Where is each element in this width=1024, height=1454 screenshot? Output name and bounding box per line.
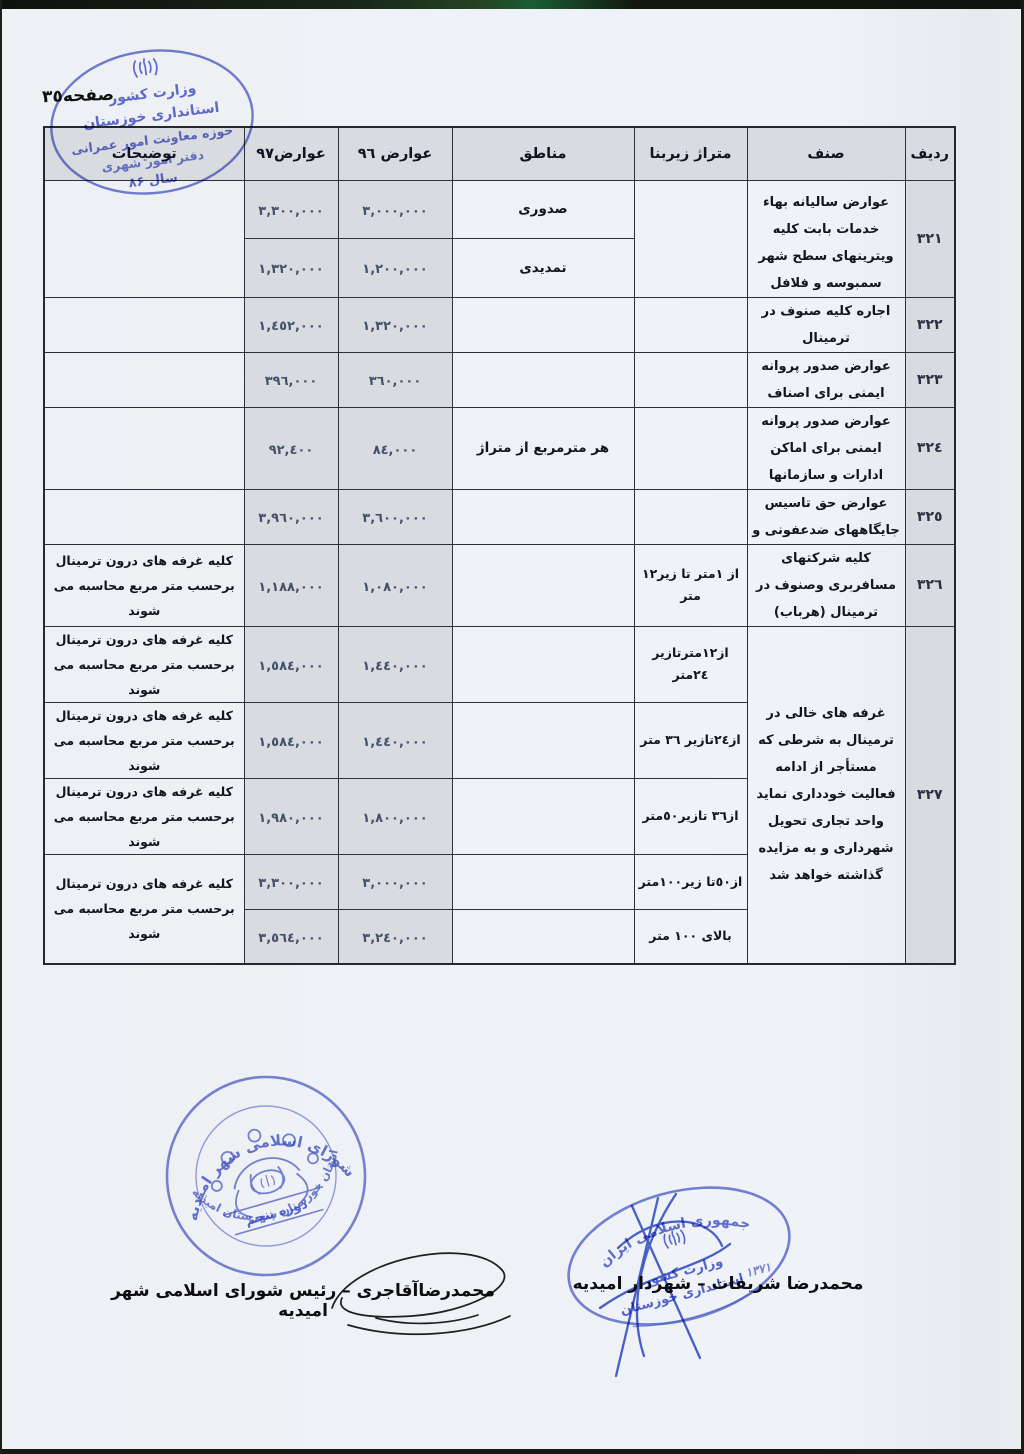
cell-324-manateq: هر مترمربع از متراژ — [452, 407, 634, 489]
cell-327b-tozihat: کلیه غرفه های درون ترمینال برحسب متر مرب… — [44, 702, 244, 778]
cell-327c-avarez97: ١,٩٨٠,٠٠٠ — [258, 811, 323, 826]
cell-321a-avarez96: ٣,٠٠٠,٠٠٠ — [362, 204, 427, 219]
cell-327b-manateq-empty — [452, 702, 634, 778]
header-tozihat: توضیحات — [44, 127, 244, 180]
cell-327a-manateq-empty — [452, 626, 634, 702]
cell-327c-avarez96: ١,٨٠٠,٠٠٠ — [362, 811, 427, 826]
cell-323-tozihat-empty — [44, 352, 244, 407]
tozihat-line2: برحسب متر مربع محاسبه می شوند — [49, 896, 240, 946]
cell-322-radif: ٣٢٢ — [905, 297, 955, 352]
cell-321b-manateq: تمدیدی — [452, 239, 634, 298]
cell-327b-avarez96: ١,٤٤٠,٠٠٠ — [362, 735, 427, 750]
header-avarez97: عوارض٩٧ — [244, 127, 338, 180]
cell-325-tozihat-empty — [44, 489, 244, 544]
cell-326-metraj: از ١متر تا زیر١٢ متر — [634, 544, 747, 626]
cell-327d-avarez96: ٣,٠٠٠,٠٠٠ — [362, 876, 427, 891]
cell-322-metraj-empty — [634, 297, 747, 352]
cell-321b-avarez97: ١,٣٢٠,٠٠٠ — [258, 262, 323, 277]
cell-327a-metraj: از١٢مترتازیر ٢٤متر — [634, 626, 747, 702]
scanned-document-page: صفحه٣٥ ردیف صنف متراژ زیربنا مناطق عوارض… — [0, 0, 1024, 1454]
cell-325-avarez97: ٣,٩٦٠,٠٠٠ — [258, 511, 323, 526]
fees-table-wrapper: ردیف صنف متراژ زیربنا مناطق عوارض ٩٦ عوا… — [45, 126, 956, 965]
senf-text-323: عوارض صدور پروانه ایمنی برای اصناف — [761, 359, 890, 401]
senf-text-327: غرفه های خالی در ترمینال به شرطی که مستأ… — [752, 700, 901, 889]
cell-327e-avarez96: ٣,٢٤٠,٠٠٠ — [362, 931, 427, 946]
scan-border-bottom — [0, 1449, 1024, 1454]
cell-326-manateq-empty — [452, 544, 634, 626]
cell-322-tozihat-empty — [44, 297, 244, 352]
mayor-signatory-name: محمدرضا شریفات – شهردار امیدیه — [558, 1274, 878, 1294]
cell-327de-tozihat: کلیه غرفه های درون ترمینال برحسب متر مرب… — [44, 854, 244, 964]
cell-323-metraj-empty — [634, 352, 747, 407]
cell-325-metraj-empty — [634, 489, 747, 544]
tozihat-line2: برحسب متر مربع محاسبه می شوند — [49, 728, 240, 778]
cell-326-radif: ٣٢٦ — [905, 544, 955, 626]
senf-text-322: اجاره کلیه صنوف در ترمینال — [762, 304, 891, 346]
tozihat-line2: برحسب متر مربع محاسبه می شوند — [49, 652, 240, 702]
tozihat-line1: کلیه غرفه های درون ترمینال — [49, 871, 240, 896]
cell-321-metraj-empty — [634, 180, 747, 297]
council-emblem-icon — [200, 1115, 332, 1238]
row-324: ٣٢٤ عوارض صدور پروانه ایمنی برای اماکن ا… — [44, 407, 955, 489]
cell-324-avarez97: ٩٢,٤٠٠ — [269, 443, 314, 458]
cell-327b-avarez97: ١,٥٨٤,٠٠٠ — [258, 735, 323, 750]
city-council-stamp: شورای اسلامی شهر امیدیه استان خوزستان شه… — [132, 1042, 399, 1309]
tozihat-line1: کلیه غرفه های درون ترمینال — [49, 627, 240, 652]
header-metraj: متراژ زیربنا — [634, 127, 747, 180]
svg-text:استان خوزستان شهرستان امیدیه: استان خوزستان شهرستان امیدیه — [187, 1145, 354, 1242]
senf-text-324: عوارض صدور پروانه ایمنی برای اماکن ادارا… — [761, 414, 890, 483]
senf-text-321: عوارض سالیانه بهاء خدمات بابت کلیه ویتری… — [752, 189, 901, 297]
row-326: ٣٢٦ کلیه شرکتهای مسافربری وصنوف در ترمین… — [44, 544, 955, 626]
row-325: ٣٢٥ عوارض حق تاسیس جایگاههای ضدعفونی و ٣… — [44, 489, 955, 544]
cell-327-radif: ٣٢٧ — [905, 626, 955, 964]
cell-327a-tozihat: کلیه غرفه های درون ترمینال برحسب متر مرب… — [44, 626, 244, 702]
page-number-annotation: صفحه٣٥ — [42, 85, 115, 108]
tozihat-line1: کلیه غرفه های درون ترمینال — [49, 703, 240, 728]
header-radif: ردیف — [905, 127, 955, 180]
cell-327c-metraj: از٣٦ تازیر٥٠متر — [634, 778, 747, 854]
senf-text-325: عوارض حق تاسیس جایگاههای ضدعفونی و — [752, 496, 900, 538]
svg-text:جمهوری اسلامی ایران: جمهوری اسلامی ایران — [591, 1198, 755, 1273]
cell-324-radif: ٣٢٤ — [905, 407, 955, 489]
fees-table: ردیف صنف متراژ زیربنا مناطق عوارض ٩٦ عوا… — [43, 126, 956, 965]
header-manateq: مناطق — [452, 127, 634, 180]
iran-emblem-icon — [663, 1228, 686, 1249]
tozihat-line2: برحسب متر مربع محاسبه می شوند — [49, 573, 240, 623]
cell-327a-avarez97: ١,٥٨٤,٠٠٠ — [258, 659, 323, 674]
cell-325-avarez96: ٣,٦٠٠,٠٠٠ — [362, 511, 427, 526]
council-stamp-top-text: شورای اسلامی شهر امیدیه — [166, 1110, 361, 1227]
governorate-round-stamp: جمهوری اسلامی ایران وزارت کشور استانداری… — [538, 1143, 819, 1369]
cell-327d-manateq-empty — [452, 854, 634, 909]
scan-border-left — [0, 0, 2, 1454]
svg-text:شورای اسلامی شهر امیدیه: شورای اسلامی شهر امیدیه — [166, 1110, 361, 1227]
cell-327e-metraj: بالای ١٠٠ متر — [634, 909, 747, 964]
cell-327c-tozihat: کلیه غرفه های درون ترمینال برحسب متر مرب… — [44, 778, 244, 854]
cell-323-avarez96: ٣٦٠,٠٠٠ — [369, 374, 422, 389]
cell-324-tozihat-empty — [44, 407, 244, 489]
tozihat-line1: کلیه غرفه های درون ترمینال — [49, 548, 240, 573]
cell-324-avarez96: ٨٤,٠٠٠ — [373, 443, 418, 458]
row-327a: ٣٢٧ غرفه های خالی در ترمینال به شرطی که … — [44, 626, 955, 702]
row-321-sodouri: ٣٢١ عوارض سالیانه بهاء خدمات بابت کلیه و… — [44, 180, 955, 239]
cell-322-manateq-empty — [452, 297, 634, 352]
cell-327d-metraj: از٥٠تا زیر١٠٠متر — [634, 854, 747, 909]
cell-323-manateq-empty — [452, 352, 634, 407]
cell-323-avarez97: ٣٩٦,٠٠٠ — [265, 374, 318, 389]
cell-321-senf: عوارض سالیانه بهاء خدمات بابت کلیه ویتری… — [747, 180, 905, 297]
cell-327e-avarez97: ٣,٥٦٤,٠٠٠ — [258, 931, 323, 946]
cell-327-senf: غرفه های خالی در ترمینال به شرطی که مستأ… — [747, 626, 905, 964]
top-stamp-ministry: وزارت کشور — [107, 80, 197, 107]
row-322: ٣٢٢ اجاره کلیه صنوف در ترمینال ١,٣٢٠,٠٠٠… — [44, 297, 955, 352]
cell-327e-manateq-empty — [452, 909, 634, 964]
table-header-row: ردیف صنف متراژ زیربنا مناطق عوارض ٩٦ عوا… — [44, 127, 955, 180]
cell-326-avarez97: ١,١٨٨,٠٠٠ — [258, 580, 323, 595]
cell-321a-avarez97: ٣,٣٠٠,٠٠٠ — [258, 204, 323, 219]
cell-326-avarez96: ١,٠٨٠,٠٠٠ — [362, 580, 427, 595]
cell-323-radif: ٣٢٣ — [905, 352, 955, 407]
tozihat-line2: برحسب متر مربع محاسبه می شوند — [49, 804, 240, 854]
row-323: ٣٢٣ عوارض صدور پروانه ایمنی برای اصناف ٣… — [44, 352, 955, 407]
cell-327d-avarez97: ٣,٣٠٠,٠٠٠ — [258, 876, 323, 891]
cell-327b-metraj: از٢٤تازیر ٣٦ متر — [634, 702, 747, 778]
cell-327a-avarez96: ١,٤٤٠,٠٠٠ — [362, 659, 427, 674]
tozihat-line1: کلیه غرفه های درون ترمینال — [49, 779, 240, 804]
cell-324-metraj-empty — [634, 407, 747, 489]
council-stamp-bottom-text: استان خوزستان شهرستان امیدیه — [187, 1145, 354, 1242]
gov-stamp-top-text: جمهوری اسلامی ایران — [591, 1198, 755, 1273]
cell-322-avarez97: ١,٤٥٢,٠٠٠ — [258, 319, 323, 334]
cell-325-manateq-empty — [452, 489, 634, 544]
cell-321a-manateq: صدوری — [452, 180, 634, 239]
council-signatory-name: محمدرضاآقاجری – رئیس شورای اسلامی شهر ام… — [108, 1281, 498, 1321]
cell-321-tozihat-empty — [44, 180, 244, 297]
senf-text-326: کلیه شرکتهای مسافربری وصنوف در ترمینال (… — [756, 551, 896, 620]
header-senf: صنف — [747, 127, 905, 180]
cell-325-radif: ٣٢٥ — [905, 489, 955, 544]
cell-321-radif: ٣٢١ — [905, 180, 955, 297]
cell-326-tozihat: کلیه غرفه های درون ترمینال برحسب متر مرب… — [44, 544, 244, 626]
council-stamp-term: دوره پنجم — [244, 1197, 310, 1229]
iran-emblem-icon — [133, 57, 158, 78]
cell-321b-avarez96: ١,٢٠٠,٠٠٠ — [362, 262, 427, 277]
scan-border-top — [0, 0, 1024, 9]
cell-322-avarez96: ١,٣٢٠,٠٠٠ — [362, 319, 427, 334]
header-avarez96: عوارض ٩٦ — [338, 127, 452, 180]
cell-327c-manateq-empty — [452, 778, 634, 854]
